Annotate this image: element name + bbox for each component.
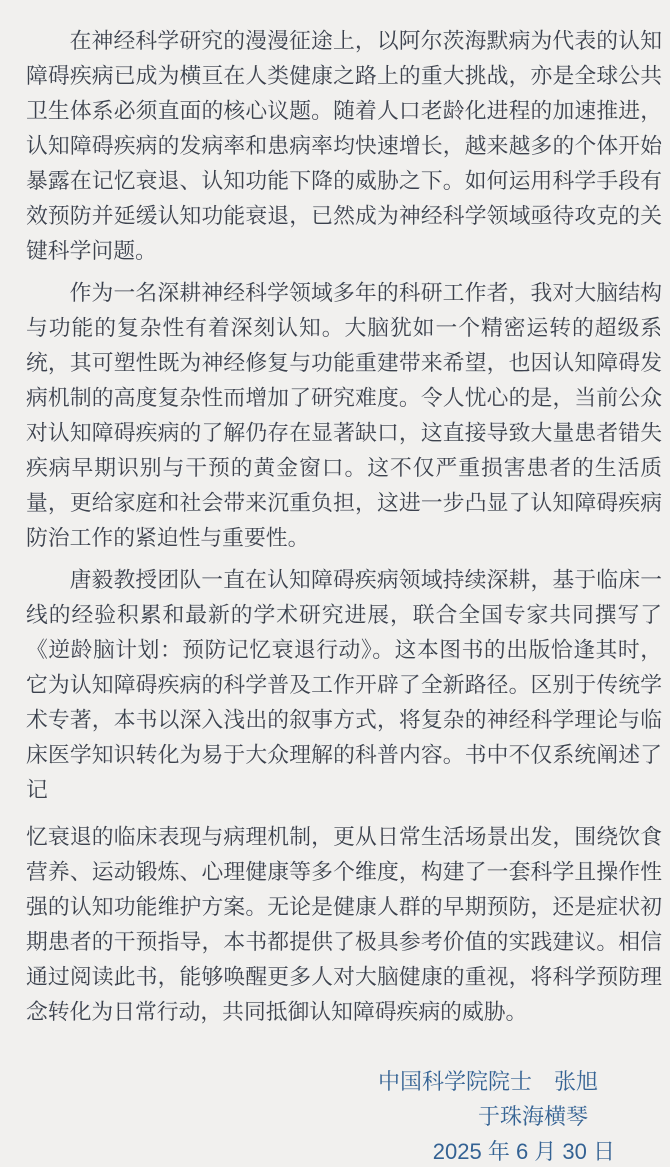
preface-paragraph-2: 作为一名深耕神经科学领域多年的科研工作者，我对大脑结构与功能的复杂性有着深刻认知… bbox=[26, 276, 662, 556]
signature-date-line: 2025 年 6 月 30 日 bbox=[26, 1134, 662, 1167]
preface-page: 在神经科学研究的漫漫征途上，以阿尔茨海默病为代表的认知障碍疾病已成为横亘在人类健… bbox=[0, 0, 670, 1167]
preface-paragraph-1: 在神经科学研究的漫漫征途上，以阿尔茨海默病为代表的认知障碍疾病已成为横亘在人类健… bbox=[26, 24, 662, 269]
signature-block: 中国科学院院士 张旭 于珠海横琴 2025 年 6 月 30 日 bbox=[26, 1064, 662, 1167]
preface-paragraph-3: 唐毅教授团队一直在认知障碍疾病领域持续深耕，基于临床一线的经验积累和最新的学术研… bbox=[26, 563, 662, 808]
signature-place-line: 于珠海横琴 bbox=[26, 1099, 662, 1134]
preface-paragraph-3-continuation: 忆衰退的临床表现与病理机制，更从日常生活场景出发，围绕饮食营养、运动锻炼、心理健… bbox=[26, 820, 662, 1030]
signature-author-line: 中国科学院院士 张旭 bbox=[26, 1064, 662, 1099]
